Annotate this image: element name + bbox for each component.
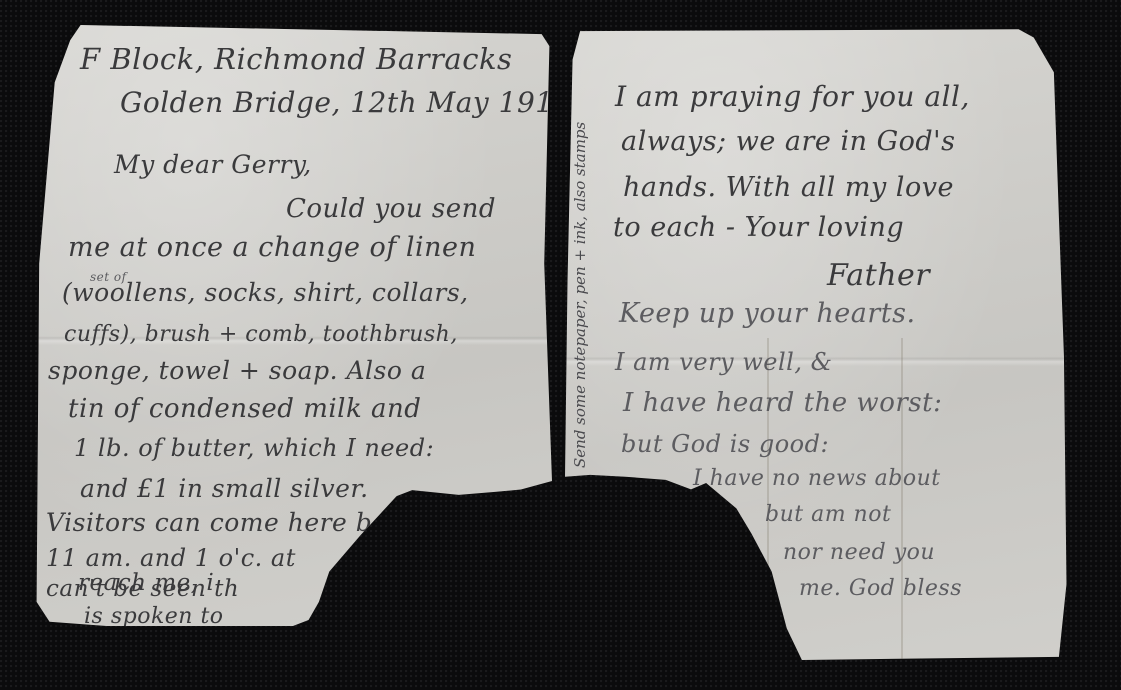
letter-postscript-line: I have no news about [693,466,941,491]
letter-body-line: Could you send [286,194,496,224]
letter-page-left: F Block, Richmond Barracks Golden Bridge… [34,22,552,626]
letter-postscript-line: me. God bless [799,576,962,601]
letter-body-line: cuffs), brush + comb, toothbrush, [64,322,458,347]
letter-page-right: Send some notepaper, pen + ink, also sta… [565,28,1069,660]
letter-postscript-line: I am very well, & [615,348,832,376]
letter-body-line: to each - Your loving [613,212,904,243]
letter-signature: Father [827,258,930,293]
letter-body-line-reach: reach me, i [78,570,214,596]
paper-fold-crease [767,338,769,660]
letter-salutation: My dear Gerry, [114,150,312,179]
letter-body-line: Visitors can come here between [46,508,467,537]
letter-body-line: (woollens, socks, shirt, collars, [62,278,469,307]
letter-body-line: I am praying for you all, [615,80,970,113]
letter-body-line: and £1 in small silver. [80,474,369,503]
letter-body-line: is spoken to [84,604,224,629]
letter-date-line: Golden Bridge, 12th May 1916 [120,86,572,119]
letter-body-line: hands. With all my love [623,172,954,203]
letter-body-line: always; we are in God's [621,126,955,157]
letter-body-line: sponge, towel + soap. Also a [48,356,426,385]
letter-body-line: 11 am. and 1 o'c. at [46,544,296,572]
letter-body-line: me at once a change of linen [68,232,476,263]
letter-body-line: 1 lb. of butter, which I need: [74,434,434,462]
letter-postscript-line: but am not [765,502,891,527]
paper-fold-crease [901,338,903,660]
letter-postscript-line: but God is good: [621,430,829,458]
letter-body-line: tin of condensed milk and [68,394,421,424]
letter-address-line: F Block, Richmond Barracks [80,42,512,76]
margin-note-vertical: Send some notepaper, pen + ink, also sta… [571,122,589,468]
letter-postscript-line: I have heard the worst: [623,388,942,418]
letter-postscript-line: nor need you [783,540,935,565]
letter-postscript-line: Keep up your hearts. [619,298,916,329]
